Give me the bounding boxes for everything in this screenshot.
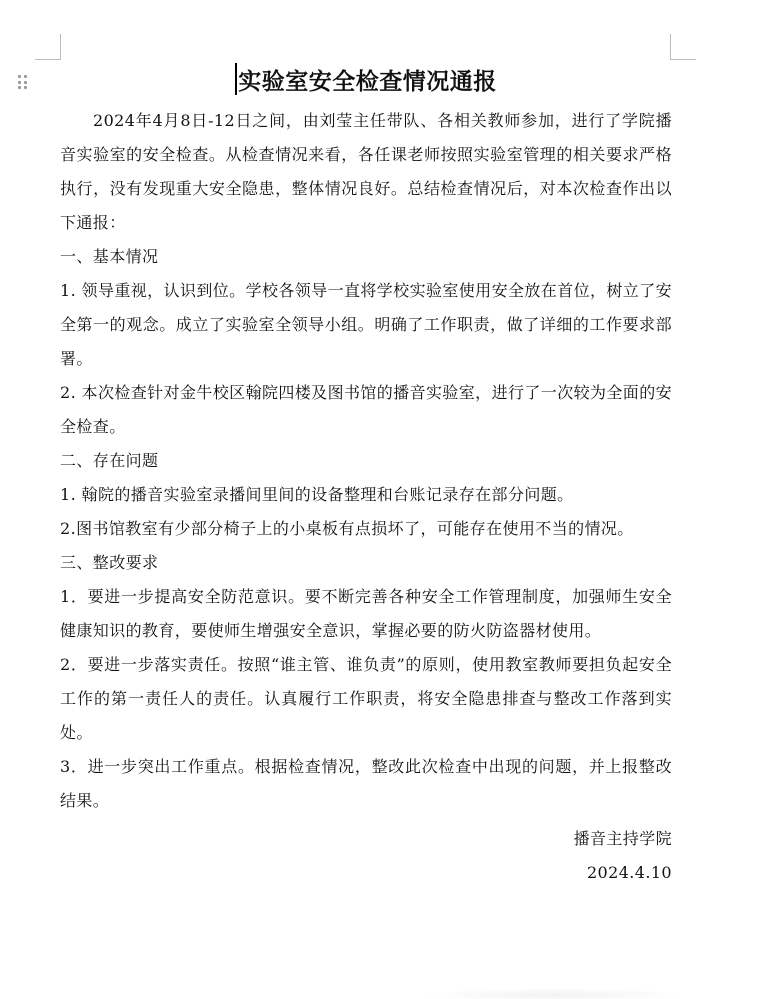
section-heading-rectification[interactable]: 三、整改要求	[60, 546, 672, 580]
section-item[interactable]: 2. 本次检查针对金牛校区翰院四楼及图书馆的播音实验室，进行了一次较为全面的安全…	[60, 376, 672, 444]
section-item[interactable]: 1. 翰院的播音实验室录播间里间的设备整理和台账记录存在部分问题。	[60, 478, 672, 512]
intro-paragraph[interactable]: 2024年4月8日-12日之间，由刘莹主任带队、各相关教师参加，进行了学院播音实…	[60, 104, 672, 240]
document-title-block[interactable]: 实验室安全检查情况通报	[60, 60, 672, 104]
signature-date[interactable]: 2024.4.10	[60, 856, 672, 890]
drag-dot	[24, 86, 27, 89]
document-title: 实验室安全检查情况通报	[238, 68, 497, 95]
page-corner-mark-top-left	[35, 34, 61, 60]
section-heading-problems[interactable]: 二、存在问题	[60, 444, 672, 478]
section-item[interactable]: 1．要进一步提高安全防范意识。要不断完善各种安全工作管理制度，加强师生安全健康知…	[60, 580, 672, 648]
section-item[interactable]: 3．进一步突出工作重点。根据检查情况，整改此次检查中出现的问题，并上报整改结果。	[60, 750, 672, 818]
section-item[interactable]: 1. 领导重视，认识到位。学校各领导一直将学校实验室使用安全放在首位，树立了安全…	[60, 274, 672, 376]
drag-dot	[18, 75, 21, 78]
text-cursor	[235, 63, 237, 95]
page-bottom-shadow	[420, 988, 690, 999]
section-item[interactable]: 2.图书馆教室有少部分椅子上的小桌板有点损坏了，可能存在使用不当的情况。	[60, 512, 672, 546]
drag-handle-icon[interactable]	[18, 75, 28, 91]
page-corner-mark-top-right	[670, 34, 696, 60]
signature-organization[interactable]: 播音主持学院	[60, 822, 672, 856]
section-item[interactable]: 2．要进一步落实责任。按照“谁主管、谁负责”的原则，使用教室教师要担负起安全工作…	[60, 648, 672, 750]
drag-dot	[18, 81, 21, 84]
document-page[interactable]: 实验室安全检查情况通报 2024年4月8日-12日之间，由刘莹主任带队、各相关教…	[60, 60, 672, 890]
drag-dot	[24, 75, 27, 78]
drag-dot	[24, 81, 27, 84]
section-heading-basic[interactable]: 一、基本情况	[60, 240, 672, 274]
drag-dot	[18, 86, 21, 89]
